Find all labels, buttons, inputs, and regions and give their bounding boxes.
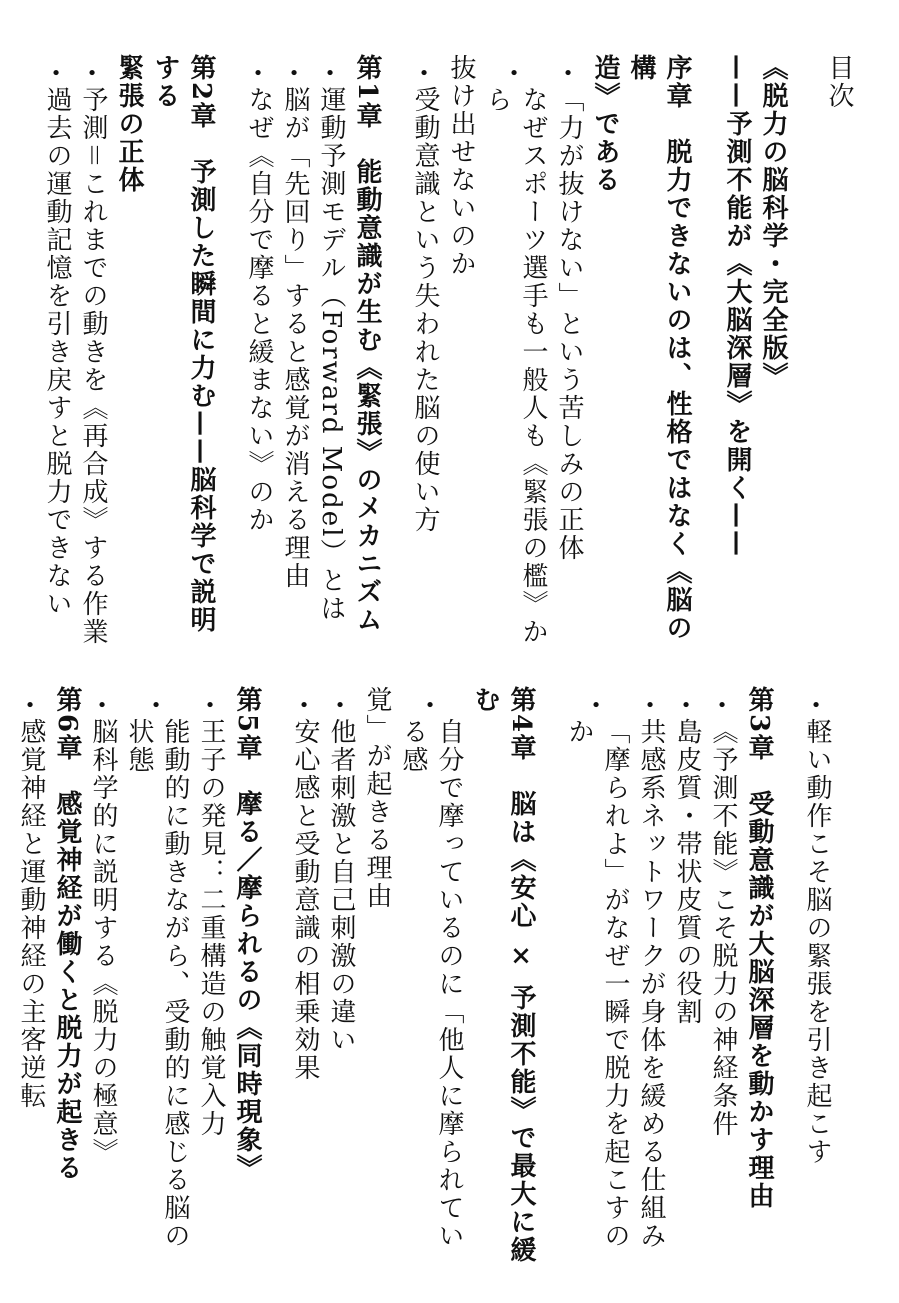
toc-item[interactable]: •なぜ《自分で摩ると緩まない》のか (241, 54, 277, 654)
bullet-icon: • (551, 56, 587, 92)
toc-item[interactable]: •共感系ネットワークが身体を緩める仕組み (633, 686, 669, 1266)
bullet-icon: • (241, 56, 277, 92)
bullet-icon: • (313, 56, 349, 92)
toc-item-label: 他者刺激と自己刺激の違い (326, 718, 356, 1054)
toc-item-continued[interactable]: 抜け出せないのか (443, 54, 479, 654)
bullet-icon: • (13, 688, 49, 724)
toc-item-label: 島皮質・帯状皮質の役割 (672, 718, 702, 1026)
toc-upper-block: 目次 《脱力の脳科学・完全版》 ——予測不能が《大脳深層》を開く—— 序章 脱力… (39, 54, 857, 654)
book-subtitle: ——予測不能が《大脳深層》を開く—— (719, 54, 755, 654)
toc-item-continued[interactable]: 覚」が起きる理由 (359, 686, 395, 1266)
toc-item-label: 運動予測モデル（Forward Model）とは (316, 86, 346, 622)
toc-item[interactable]: •受動意識という失われた脳の使い方 (407, 54, 443, 654)
book-title: 《脱力の脳科学・完全版》 (755, 54, 791, 654)
chapter-heading-prologue[interactable]: 序章 脱力できないのは、性格ではなく《脳の構 (623, 54, 695, 654)
toc-item-label: 「力が抜けない」という苦しみの正体 (554, 86, 584, 562)
bullet-icon: • (193, 688, 229, 724)
toc-item-label: なぜスポーツ選手も一般人も《緊張の檻》から (482, 86, 548, 646)
bullet-icon: • (705, 688, 741, 724)
toc-item-label: 感覚神経と運動神経の主客逆転 (16, 718, 46, 1110)
bullet-icon: • (39, 56, 75, 92)
toc-item-label: なぜ《自分で摩ると緩まない》のか (244, 86, 274, 534)
toc-heading: 目次 (821, 54, 857, 654)
toc-item[interactable]: •自分で摩っているのに「他人に摩られている感 (395, 686, 467, 1266)
toc-item[interactable]: •「摩られよ」がなぜ一瞬で脱力を起こすのか (561, 686, 633, 1266)
bullet-icon: • (633, 688, 669, 724)
toc-item-label: 王子の発見：二重構造の触覚入力 (196, 718, 226, 1138)
toc-item-label: 脳科学的に説明する《脱力の極意》 (88, 718, 118, 1166)
toc-item[interactable]: •《予測不能》こそ脱力の神経条件 (705, 686, 741, 1266)
toc-item[interactable]: •運動予測モデル（Forward Model）とは (313, 54, 349, 654)
bullet-icon: • (561, 688, 633, 724)
chapter-heading-1[interactable]: 第1章 能動意識が生む《緊張》のメカニズム (349, 54, 385, 654)
toc-item-label: 《予測不能》こそ脱力の神経条件 (708, 718, 738, 1138)
chapter-heading-5[interactable]: 第5章 摩る／摩られるの《同時現象》 (229, 686, 265, 1266)
bullet-icon: • (669, 688, 705, 724)
toc-item[interactable]: •能動的に動きながら、受動的に感じる脳の状態 (121, 686, 193, 1266)
toc-item[interactable]: •脳科学的に説明する《脱力の極意》 (85, 686, 121, 1266)
toc-item[interactable]: •島皮質・帯状皮質の役割 (669, 686, 705, 1266)
toc-item-label: 脳が「先回り」すると感覚が消える理由 (280, 86, 310, 590)
bullet-icon: • (277, 56, 313, 92)
chapter-heading-2-cont[interactable]: 緊張の正体 (111, 54, 147, 654)
toc-item-label: 軽い動作こそ脳の緊張を引き起こす (802, 718, 832, 1166)
bullet-icon: • (121, 688, 193, 724)
toc-item-label: 過去の運動記憶を引き戻すと脱力できない (42, 86, 72, 618)
toc-item[interactable]: •過去の運動記憶を引き戻すと脱力できない (39, 54, 75, 654)
toc-item[interactable]: •脳が「先回り」すると感覚が消える理由 (277, 54, 313, 654)
toc-item-label: 共感系ネットワークが身体を緩める仕組み (636, 718, 666, 1250)
bullet-icon: • (85, 688, 121, 724)
chapter-heading-4[interactable]: 第4章 脳は《安心 × 予測不能》で最大に緩む (467, 686, 539, 1266)
toc-item[interactable]: •「力が抜けない」という苦しみの正体 (551, 54, 587, 654)
toc-item[interactable]: •感覚神経と運動神経の主客逆転 (13, 686, 49, 1266)
toc-item-label: 安心感と受動意識の相乗効果 (290, 718, 320, 1082)
bullet-icon: • (407, 56, 443, 92)
toc-item[interactable]: •軽い動作こそ脳の緊張を引き起こす (799, 686, 835, 1266)
bullet-icon: • (323, 688, 359, 724)
bullet-icon: • (287, 688, 323, 724)
toc-item-label: 自分で摩っているのに「他人に摩られている感 (398, 718, 464, 1250)
chapter-heading-3[interactable]: 第3章 受動意識が大脳深層を動かす理由 (741, 686, 777, 1266)
bullet-icon: • (479, 56, 551, 92)
bullet-icon: • (75, 56, 111, 92)
toc-item[interactable]: •なぜスポーツ選手も一般人も《緊張の檻》から (479, 54, 551, 654)
toc-item[interactable]: •安心感と受動意識の相乗効果 (287, 686, 323, 1266)
toc-item-label: 予測＝これまでの動きを《再合成》する作業 (78, 86, 108, 646)
bullet-icon: • (799, 688, 835, 724)
toc-item[interactable]: •予測＝これまでの動きを《再合成》する作業 (75, 54, 111, 654)
chapter-heading-6[interactable]: 第6章 感覚神経が働くと脱力が起きる (49, 686, 85, 1266)
toc-item[interactable]: •王子の発見：二重構造の触覚入力 (193, 686, 229, 1266)
toc-item-label: 「摩られよ」がなぜ一瞬で脱力を起こすのか (564, 718, 630, 1250)
toc-lower-block: •軽い動作こそ脳の緊張を引き起こす 第3章 受動意識が大脳深層を動かす理由 •《… (13, 686, 857, 1266)
toc-item[interactable]: •他者刺激と自己刺激の違い (323, 686, 359, 1266)
chapter-heading-prologue-cont[interactable]: 造》である (587, 54, 623, 654)
toc-item-label: 受動意識という失われた脳の使い方 (410, 86, 440, 534)
toc-item-label: 能動的に動きながら、受動的に感じる脳の状態 (124, 718, 190, 1250)
chapter-heading-2[interactable]: 第2章 予測した瞬間に力む——脳科学で説明する (147, 54, 219, 654)
bullet-icon: • (395, 688, 467, 724)
